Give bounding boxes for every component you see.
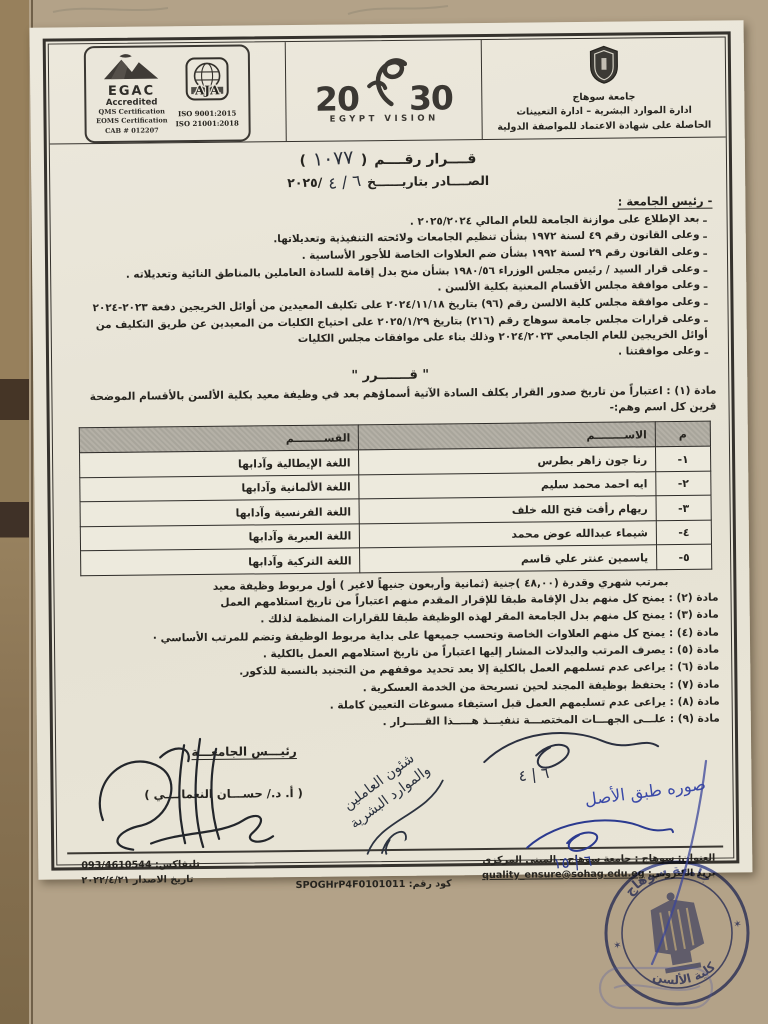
vision-2030-logo: 20 30: [315, 56, 453, 113]
issue-date-label: الصــــادر بتاريــــــخ: [367, 173, 489, 189]
page-header: جامعة سوهاج ادارة الموارد البشرية – ادار…: [49, 37, 726, 144]
certification-box: EGAC Accredited QMS Certification EOMS C…: [83, 44, 251, 143]
table-row: ٥- ياسمين عنتر علي قاسم اللغة التركية وآ…: [81, 544, 712, 575]
signature-title: رئيـــس الجامعـــة: [164, 744, 324, 760]
open-paren: (: [361, 152, 368, 168]
article-label: مادة (٤) :: [669, 626, 719, 639]
decree-page: جامعة سوهاج ادارة الموارد البشرية – ادار…: [30, 20, 753, 879]
issue-day-handwritten: ٦ / ٤: [327, 171, 361, 193]
close-paren: ): [300, 153, 307, 169]
vision-30-text: 30: [409, 85, 453, 112]
appointments-table: م الاســــــــم القســــــــم ١- رنا جون…: [79, 421, 713, 576]
egypt-vision-header-cell: 20 30 EGYPT VISION: [285, 40, 482, 141]
decree-title-label: قــــرار رقــــم: [374, 151, 476, 168]
decree-number-handwritten: ١٠٧٧: [312, 146, 354, 171]
article-label: مادة (٦) :: [669, 661, 719, 674]
cell-num: ٢-: [656, 471, 711, 496]
university-accreditation-line: الحاصلة على شهادة الاعتماد للمواصفة الدو…: [497, 118, 711, 134]
article-label: مادة (٨) :: [670, 696, 720, 709]
stamp-star-left: ✶: [612, 940, 622, 952]
page-body: قــــرار رقــــم ( ١٠٧٧ ) الصــــادر بتا…: [50, 137, 734, 901]
article-text: يصرف المرتب والبدلات المشار إليها اعتبار…: [263, 644, 666, 660]
cell-name: ايه احمد محمد سليم: [359, 471, 656, 499]
signature-name: ( أ. د./ حســـان النعمانـــي ): [109, 785, 339, 801]
stamp-star-right: ✶: [733, 919, 743, 931]
egac-mountain-icon: [100, 52, 162, 85]
ghost-stamp-mark: [596, 962, 716, 1014]
desk-binding-strip: [0, 0, 29, 1024]
cell-dept: اللغة الألمانية وآدابها: [80, 475, 360, 502]
egac-cert-line-3: CAB # 012207: [105, 126, 159, 136]
article-text: علـــى الجهـــات المختصـــة تنفيـــذ هــ…: [383, 714, 667, 729]
decision-word: " قـــــــرر ": [62, 365, 718, 387]
cell-name: ريهام رأفت فتح الله خلف: [359, 496, 656, 524]
footer-code: SPOGHrP4F0101011: [296, 879, 406, 891]
aja-block: AJA ISO 9001:2015 ISO 21001:2018: [175, 57, 239, 130]
article-1: مادة (١) : اعتباراً من تاريخ صدور القرار…: [62, 384, 716, 423]
cell-name: رنا جون زاهر بطرس: [359, 447, 656, 475]
article-label: مادة (٥) :: [669, 643, 719, 656]
article-text: يمنح كل منهم بدل الإقامة طبقا للإقرار ال…: [220, 592, 665, 609]
signature-zone: رئيـــس الجامعـــة ( أ. د./ حســـان النع…: [66, 729, 723, 852]
article-text: يمنح كل منهم بدل الجامعة المقر لهذه الوظ…: [260, 609, 665, 625]
aja-iso-line-1: ISO 9001:2015: [175, 109, 238, 120]
page-inner-border: جامعة سوهاج ادارة الموارد البشرية – ادار…: [48, 36, 735, 865]
university-dept-line: ادارة الموارد البشرية – ادارة التعيينات: [497, 104, 711, 120]
cell-name: شيماء عبدالله عوض محمد: [360, 520, 657, 548]
issue-year: /٢٠٢٥: [287, 175, 322, 190]
article-label: مادة (٩) :: [670, 713, 720, 726]
preamble-line: ـ وعلى قرارات مجلس جامعة سوهاج رقم (٢١٦)…: [68, 310, 708, 349]
university-shield-icon: [586, 45, 620, 89]
egac-title: EGAC: [108, 84, 155, 97]
vision-caption: EGYPT VISION: [330, 114, 439, 125]
aja-globe-icon: AJA: [185, 57, 230, 107]
footer-code-label: كود رقم:: [409, 878, 452, 889]
aja-iso-line-2: ISO 21001:2018: [176, 119, 239, 130]
footer-issue-date: تاريخ الاصدار ٢٠٢٢/٤/٢١: [81, 871, 286, 888]
cell-dept: اللغة التركية وآدابها: [81, 548, 361, 575]
page-outer-border: جامعة سوهاج ادارة الموارد البشرية – ادار…: [43, 31, 740, 870]
cell-name: ياسمين عنتر علي قاسم: [360, 545, 657, 573]
article-text: يمنح كل منهم العلاوات الخاصة وتحسب جميعه…: [153, 627, 666, 644]
university-header-cell: جامعة سوهاج ادارة الموارد البشرية – ادار…: [481, 37, 726, 138]
certifications-header-cell: EGAC Accredited QMS Certification EOMS C…: [49, 42, 286, 143]
cell-dept: اللغة الإيطالية وآدابها: [80, 450, 360, 477]
svg-text:AJA: AJA: [194, 84, 220, 98]
cell-num: ٥-: [657, 544, 712, 569]
egac-block: EGAC Accredited QMS Certification EOMS C…: [95, 52, 167, 136]
egac-subtitle: Accredited: [106, 97, 158, 108]
cell-num: ٣-: [656, 495, 711, 520]
vision-20-text: 20: [315, 86, 359, 113]
cell-num: ٤-: [656, 520, 711, 545]
vision-calligraphy-icon: [361, 56, 408, 112]
article-text: يحتفظ بوظيفة المجند لحين تسريحة من الخدم…: [363, 679, 666, 694]
article-label: مادة (٢) :: [668, 591, 718, 604]
article-text: يراعى عدم تسلمهم العمل بالكلية إلا بعد ت…: [239, 661, 665, 677]
date-note-handwritten: ٦ | ٤: [517, 764, 550, 785]
cell-dept: اللغة العبرية وآدابها: [80, 524, 360, 551]
table-header-dept: القســــــــم: [79, 425, 359, 453]
scanned-document-photo: جامعة سوهاج ادارة الموارد البشرية – ادار…: [0, 0, 768, 1024]
article-label: مادة (٧) :: [669, 678, 719, 691]
preamble-list: ـ بعد الإطلاع على موازنة الجامعة للعام ا…: [61, 210, 719, 366]
table-header-num: م: [655, 421, 710, 447]
cell-num: ١-: [655, 446, 710, 471]
decree-title-zone: قــــرار رقــــم ( ١٠٧٧ ) الصــــادر بتا…: [60, 145, 716, 194]
pencil-smudge-marks: [48, 0, 468, 20]
article-1-text: اعتباراً من تاريخ صدور القرار يكلف الساد…: [90, 385, 717, 413]
article-label: مادة (٣) :: [669, 609, 719, 622]
article-text: يراعى عدم تسليمهم العمل قبل استيفاء مسوغ…: [330, 696, 666, 712]
cell-dept: اللغة الفرنسية وآدابها: [80, 499, 360, 526]
footer-contact-block: تليفاكس: 093/4610544 تاريخ الاصدار ٢٠٢٢/…: [75, 856, 287, 896]
table-header-name: الاســــــــم: [359, 422, 656, 450]
article-1-label: مادة (١) :: [666, 385, 716, 398]
